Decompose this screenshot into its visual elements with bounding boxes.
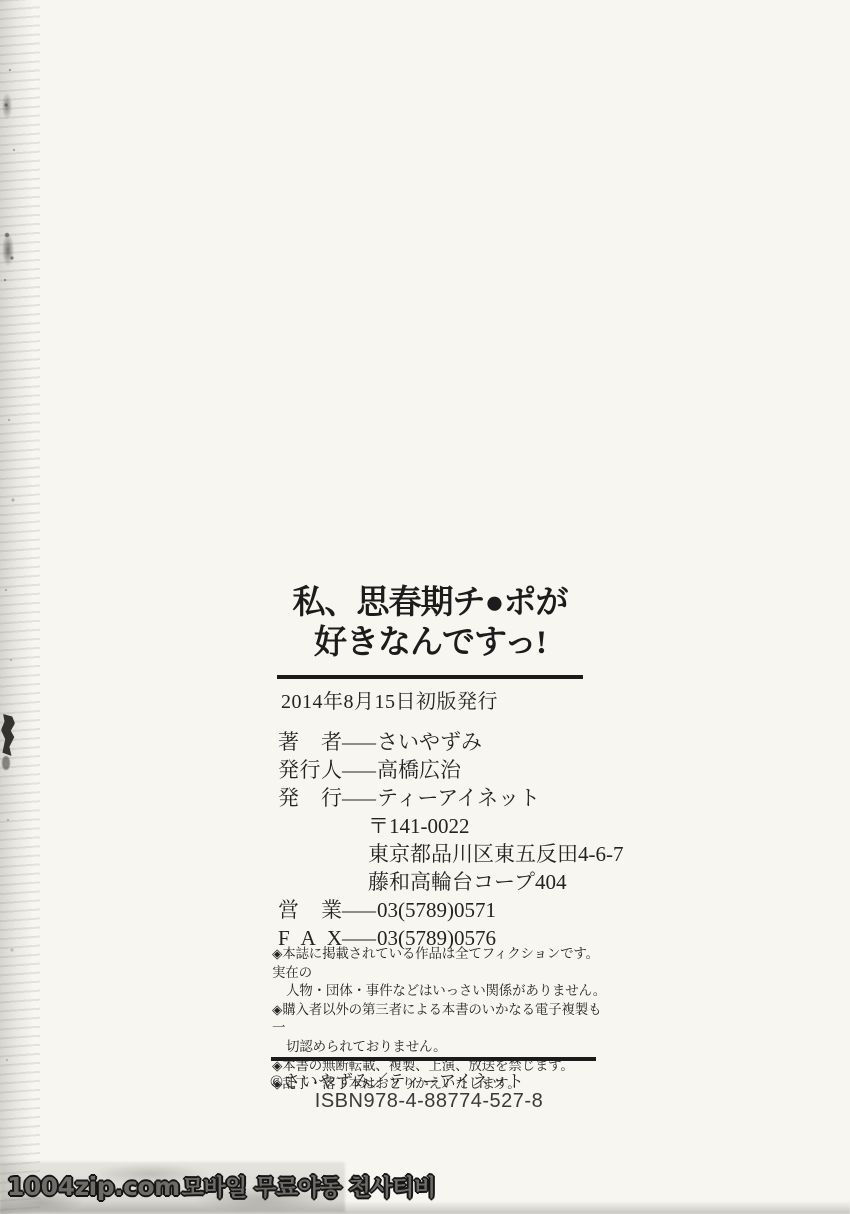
site-watermark: 1004zip.com모바일 무료야동 천사티비	[7, 1170, 347, 1205]
credit-label: 発行人	[278, 757, 342, 783]
contact-row-sales: 営 業——03(5789)0571	[278, 897, 608, 925]
title-divider-rule	[277, 675, 583, 679]
scan-ink-blob-tail	[2, 756, 10, 770]
contact-label: 営 業	[278, 897, 342, 923]
credit-dash: ——	[342, 785, 368, 811]
book-title-line2: 好きなんですっ!	[276, 623, 584, 663]
diamond-bullet-icon: ◈	[272, 946, 282, 961]
diamond-bullet-icon: ◈	[272, 1002, 282, 1017]
scan-smudge-top	[0, 86, 17, 138]
credit-dash: ——	[342, 757, 368, 783]
credit-row-publisher-person: 発行人——高橋広治	[278, 757, 608, 785]
book-title: 私、思春期チ●ポが 好きなんですっ!	[276, 583, 584, 663]
credit-value: 高橋広治	[377, 758, 461, 782]
copyright-line: ©さいやずみ／ティーアイネット	[270, 1067, 525, 1092]
book-title-line1: 私、思春期チ●ポが	[276, 583, 584, 623]
credit-dash: ——	[342, 729, 368, 755]
notice-fiction-line2: 人物・団体・事件などはいっさい関係がありません。	[272, 982, 612, 1001]
credit-value: ティーアイネット	[377, 786, 540, 810]
scan-smudge-middle	[0, 224, 19, 284]
footer-divider-rule	[271, 1057, 596, 1061]
contact-dash: ——	[342, 897, 368, 923]
credit-label: 著 者	[278, 729, 342, 755]
contact-value: 03(5789)0571	[377, 898, 496, 922]
isbn: ISBN978-4-88774-527-8	[278, 1090, 580, 1113]
notice-copy-line1: ◈購入者以外の第三者による本書のいかなる電子複製も一	[272, 1001, 612, 1038]
address-postal-code: 〒141-0022	[278, 813, 608, 841]
credit-row-publisher: 発 行——ティーアイネット	[278, 785, 608, 813]
watermark-domain: 1004zip.com	[7, 1172, 180, 1201]
print-date: 2014年8月15日初版発行	[281, 685, 498, 714]
credit-row-author: 著 者——さいやずみ	[278, 729, 608, 757]
credit-value: さいやずみ	[377, 730, 482, 754]
publication-credits: 著 者——さいやずみ 発行人——高橋広治 発 行——ティーアイネット 〒141-…	[278, 729, 608, 953]
scan-edge-noise	[0, 0, 40, 1214]
address-line1: 東京都品川区東五反田4-6-7	[278, 841, 608, 869]
watermark-tagline: 모바일 무료야동 천사티비	[182, 1175, 436, 1201]
credit-label: 発 行	[278, 785, 342, 811]
address-line2: 藤和高輪台コープ404	[278, 869, 608, 897]
scanned-colophon-page: 私、思春期チ●ポが 好きなんですっ! 2014年8月15日初版発行 著 者——さ…	[0, 0, 850, 1214]
notice-copy-line2: 切認められておりません。	[272, 1038, 612, 1057]
notice-fiction-line1: ◈本誌に掲載されている作品は全てフィクションです。実在の	[272, 945, 612, 982]
